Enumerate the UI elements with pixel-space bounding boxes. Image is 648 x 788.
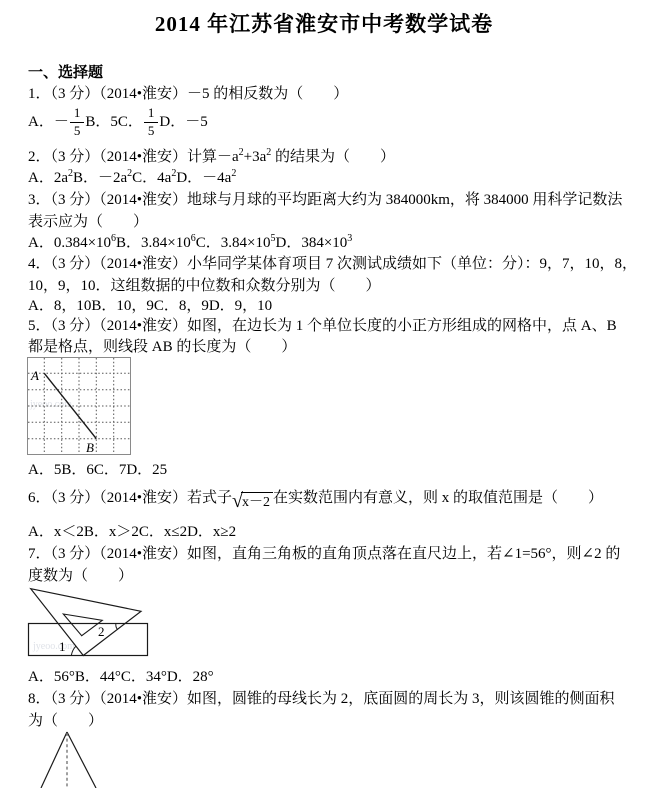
point-a-label: A xyxy=(30,368,39,383)
q4-stem-line2: 10，9，10．这组数据的中位数和众数分别为（ ） xyxy=(28,277,381,295)
q3-option-c: C．3.84×10 xyxy=(196,235,271,251)
exponent: 2 xyxy=(231,168,236,179)
square-root-expression: √x－2 xyxy=(232,492,273,511)
q3-stem-line1: 3．（3 分）（2014•淮安）地球与月球的平均距离大约为 384000km，将… xyxy=(28,191,622,209)
q3-options: A．0.384×106B．3.84×106C．3.84×105D．384×103 xyxy=(28,234,352,252)
q2-options: A．2a2B．－2a2C．4a2D．－4a2 xyxy=(28,169,236,187)
watermark: jyeoo.com xyxy=(32,641,75,652)
fraction-one-fifth: 15 xyxy=(144,106,159,139)
page-title: 2014 年江苏省淮安市中考数学试卷 xyxy=(0,8,648,38)
q5-stem-line1: 5．（3 分）（2014•淮安）如图，在边长为 1 个单位长度的小正方形组成的网… xyxy=(28,317,617,335)
q2-option-d: D．－4a xyxy=(176,170,231,186)
q8-cone-figure xyxy=(28,727,108,788)
q7-options: A．56°B．44°C．34°D．28° xyxy=(28,668,214,686)
q7-stem-line2: 度数为（ ） xyxy=(28,567,133,585)
q2-option-a: A．2a xyxy=(28,170,68,186)
angle-1-label: 1 xyxy=(59,639,66,654)
q6-stem-text: 6．（3 分）（2014•淮安）若式子 xyxy=(28,490,232,506)
fraction-numerator: 1 xyxy=(144,106,159,123)
q2-stem-text: 的结果为（ ） xyxy=(271,149,395,165)
q6-options: A．x＜2B．x＞2C．x≤2D．x≥2 xyxy=(28,523,236,541)
q1-option-d: D．－5 xyxy=(159,114,207,130)
q2-stem-text: 2．（3 分）（2014•淮安）计算－a xyxy=(28,149,239,165)
q4-options: A．8，10B．10，9C．8，9D．9，10 xyxy=(28,297,272,315)
q2-stem: 2．（3 分）（2014•淮安）计算－a2+3a2 的结果为（ ） xyxy=(28,148,395,166)
q5-options: A．5B．6C．7D．25 xyxy=(28,461,167,479)
q1-option-b-c: B．5C． xyxy=(85,114,143,130)
q2-option-b: B．－2a xyxy=(73,170,127,186)
q7-ruler-triangle-figure: jyeoo.com 1 2 xyxy=(25,586,155,658)
grid-lines xyxy=(28,358,130,454)
q4-stem-line1: 4．（3 分）（2014•淮安）小华同学某体育项目 7 次测试成绩如下（单位：分… xyxy=(28,255,637,273)
radicand: x－2 xyxy=(241,492,273,511)
q6-stem-text: 在实数范围内有意义，则 x 的取值范围是（ ） xyxy=(273,490,603,506)
cone-right-slant xyxy=(67,732,96,788)
cone-left-slant xyxy=(41,732,67,788)
q6-stem: 6．（3 分）（2014•淮安）若式子√x－2在实数范围内有意义，则 x 的取值… xyxy=(28,489,603,511)
exam-paper: 2014 年江苏省淮安市中考数学试卷 一、选择题 1．（3 分）（2014•淮安… xyxy=(0,0,648,788)
fraction-numerator: 1 xyxy=(70,106,85,123)
q1-options: A．－15B．5C．15D．－5 xyxy=(28,106,208,139)
q1-option-a: A．－ xyxy=(28,114,69,130)
q8-stem-line1: 8．（3 分）（2014•淮安）如图，圆锥的母线长为 2，底面圆的周长为 3，则… xyxy=(28,690,615,708)
exponent: 3 xyxy=(347,233,352,244)
set-square-inner xyxy=(63,614,102,636)
fraction-one-fifth: 15 xyxy=(70,106,85,139)
fraction-denominator: 5 xyxy=(70,123,85,139)
q3-option-a: A．0.384×10 xyxy=(28,235,111,251)
point-b-label: B xyxy=(86,440,94,455)
q3-option-d: D．384×10 xyxy=(275,235,347,251)
q3-stem-line2: 表示应为（ ） xyxy=(28,213,148,231)
q7-stem-line1: 7．（3 分）（2014•淮安）如图，直角三角板的直角顶点落在直尺边上，若∠1=… xyxy=(28,545,620,563)
fraction-denominator: 5 xyxy=(144,123,159,139)
q5-grid-figure: jyeoo.com A B xyxy=(27,357,131,455)
section-header: 一、选择题 xyxy=(28,64,103,82)
q3-option-b: B．3.84×10 xyxy=(116,235,191,251)
q1-stem: 1．（3 分）（2014•淮安）－5 的相反数为（ ） xyxy=(28,85,348,103)
q5-stem-line2: 都是格点，则线段 AB 的长度为（ ） xyxy=(28,338,296,356)
q2-stem-text: +3a xyxy=(244,149,267,165)
q2-option-c: C．4a xyxy=(132,170,171,186)
angle-2-label: 2 xyxy=(98,624,105,639)
